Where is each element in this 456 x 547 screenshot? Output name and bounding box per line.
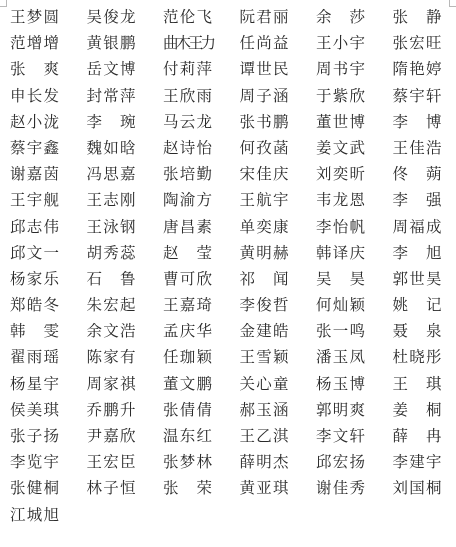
name-char: 哲 <box>273 292 289 318</box>
name-char: 余 <box>316 4 332 30</box>
name-entry: 周福成 <box>393 214 442 240</box>
name-char: 鹏 <box>196 371 212 397</box>
name-char: 伟 <box>43 214 59 240</box>
name-char: 珈 <box>180 344 196 370</box>
name-char: 鸣 <box>349 318 365 344</box>
name-char: 彤 <box>426 344 442 370</box>
name-char: 建 <box>256 318 272 344</box>
name-char: 宏 <box>103 449 119 475</box>
name-entry: 付莉萍 <box>163 56 212 82</box>
name-char: 博 <box>349 371 365 397</box>
name-char: 玉 <box>333 344 349 370</box>
name-entry: 吴俊龙 <box>87 4 136 30</box>
name-char: 周 <box>87 371 103 397</box>
name-char: 翟 <box>10 344 26 370</box>
name-char: 思 <box>103 161 119 187</box>
name-char: 冯 <box>87 161 103 187</box>
name-entry: 王泳钢 <box>87 214 136 240</box>
name-entry: 姚记 <box>393 292 442 318</box>
name-char: 薛 <box>240 449 256 475</box>
name-char: 周 <box>240 83 256 109</box>
name-char: 周 <box>316 56 332 82</box>
name-entry: 姜桐 <box>393 397 442 423</box>
name-char: 鲁 <box>120 266 136 292</box>
name-char: 李 <box>393 449 409 475</box>
name-char: 记 <box>426 292 442 318</box>
name-char: 黄 <box>87 30 103 56</box>
name-char: 文 <box>333 423 349 449</box>
name-entry: 温东红 <box>163 423 212 449</box>
name-entry: 冯思嘉 <box>87 161 136 187</box>
name-char: 小 <box>27 109 43 135</box>
name-char: 石 <box>87 266 103 292</box>
name-char: 王 <box>393 371 409 397</box>
name-char: 唐 <box>163 214 179 240</box>
name-char: 乙 <box>256 423 272 449</box>
name-char: 赵 <box>10 109 26 135</box>
name-char: 倩 <box>196 397 212 423</box>
name-char: 付 <box>163 56 179 82</box>
name-char: 长 <box>27 83 43 109</box>
name-char: 欣 <box>180 83 196 109</box>
name-char: 宇 <box>426 449 442 475</box>
name-entry: 范伦飞 <box>163 4 212 30</box>
name-entry: 周子涵 <box>240 83 289 109</box>
name-char: 张 <box>10 423 26 449</box>
name-char: 玉 <box>333 371 349 397</box>
name-entry: 李建宇 <box>393 449 442 475</box>
name-entry: 朱宏起 <box>87 292 136 318</box>
name-char: 薛 <box>393 423 409 449</box>
name-char: 子 <box>27 423 43 449</box>
name-entry: 杨玉博 <box>316 371 365 397</box>
name-entry: 李怡帆 <box>316 214 365 240</box>
name-char: 王 <box>240 423 256 449</box>
name-char: 世 <box>409 266 425 292</box>
name-char: 范 <box>163 4 179 30</box>
name-char: 琪 <box>426 371 442 397</box>
name-char: 涵 <box>273 83 289 109</box>
name-char: 张 <box>316 318 332 344</box>
name-entry: 周书宇 <box>316 56 365 82</box>
name-char: 鹏 <box>103 397 119 423</box>
name-char: 吴 <box>316 266 332 292</box>
name-entry: 隋艳婷 <box>393 56 442 82</box>
name-char: 婷 <box>426 56 442 82</box>
name-entry: 王志刚 <box>87 187 136 213</box>
name-char: 皓 <box>27 292 43 318</box>
name-char: 发 <box>43 83 59 109</box>
name-char: 桐 <box>426 397 442 423</box>
name-char: 君 <box>256 4 272 30</box>
name-char: 如 <box>103 135 119 161</box>
name-char: 秀 <box>103 240 119 266</box>
name-char: 茵 <box>43 161 59 187</box>
name-entry: 李文轩 <box>316 423 365 449</box>
name-char: 宇 <box>349 56 365 82</box>
name-entry: 侯美琪 <box>10 397 59 423</box>
name-char: 宇 <box>27 187 43 213</box>
name-entry: 宋佳庆 <box>240 161 289 187</box>
name-char: 益 <box>273 30 289 56</box>
name-char: 赵 <box>163 135 179 161</box>
name-entry: 蔡宇轩 <box>393 83 442 109</box>
name-char: 赫 <box>273 240 289 266</box>
name-char: 亚 <box>256 475 272 501</box>
name-entry: 申长发 <box>10 83 59 109</box>
name-entry: 林子恒 <box>87 475 136 501</box>
name-char: 杨 <box>10 371 26 397</box>
name-entry: 马云龙 <box>163 109 212 135</box>
name-char: 家 <box>103 344 119 370</box>
name-entry: 韩译庆 <box>316 240 365 266</box>
name-char: 温 <box>163 423 179 449</box>
name-char: 王 <box>163 83 179 109</box>
name-char: 龙 <box>333 187 349 213</box>
name-entry: 李俊哲 <box>240 292 289 318</box>
name-entry: 任珈颖 <box>163 344 212 370</box>
name-entry: 何孜菡 <box>240 135 289 161</box>
name-char: 成 <box>426 214 442 240</box>
name-char: 涵 <box>273 397 289 423</box>
name-char: 佳 <box>256 161 272 187</box>
name-char: 升 <box>120 397 136 423</box>
name-entry: 张宏旺 <box>393 30 442 56</box>
name-entry: 王航宇 <box>240 187 289 213</box>
name-char: 世 <box>333 109 349 135</box>
name-char: 菡 <box>273 135 289 161</box>
name-char: 祺 <box>120 371 136 397</box>
name-entry: 封常萍 <box>87 83 136 109</box>
name-entry: 李旭 <box>393 240 442 266</box>
name-entry: 郑皓冬 <box>10 292 59 318</box>
name-char: 昕 <box>349 161 365 187</box>
name-char: 家 <box>27 266 43 292</box>
name-entry: 聂泉 <box>393 318 442 344</box>
name-char: 谢 <box>10 161 26 187</box>
name-char: 宇 <box>43 449 59 475</box>
name-char: 银 <box>103 30 119 56</box>
name-entry: 韩雯 <box>10 318 59 344</box>
name-char: 谭 <box>240 56 256 82</box>
name-char: 旺 <box>426 30 442 56</box>
name-entry: 王乙淇 <box>240 423 289 449</box>
name-char: 扬 <box>349 449 365 475</box>
name-char: 龙 <box>196 109 212 135</box>
name-char: 李 <box>316 214 332 240</box>
name-char: 庆 <box>349 240 365 266</box>
name-char: 宇 <box>43 371 59 397</box>
name-char: 曹 <box>163 266 179 292</box>
name-entry: 刘国桐 <box>393 475 442 501</box>
name-char: 嘉 <box>120 161 136 187</box>
name-char: 浩 <box>120 318 136 344</box>
name-char: 鹏 <box>120 30 136 56</box>
name-char: 博 <box>120 56 136 82</box>
name-char: 雪 <box>256 344 272 370</box>
name-char: 余 <box>87 318 103 344</box>
name-char: 小 <box>333 30 349 56</box>
name-entry: 郝玉涵 <box>240 397 289 423</box>
name-char: 嘉 <box>180 292 196 318</box>
name-char: 文 <box>103 318 119 344</box>
name-entry: 张子扬 <box>10 423 59 449</box>
name-entry: 单奕康 <box>240 214 289 240</box>
name-entry: 薛明杰 <box>240 449 289 475</box>
name-entry: 金建皓 <box>240 318 289 344</box>
name-char: 宏 <box>103 292 119 318</box>
name-char: 韦 <box>316 187 332 213</box>
name-char: 张 <box>163 397 179 423</box>
name-char: 宋 <box>240 161 256 187</box>
name-char: 杜 <box>393 344 409 370</box>
name-char: 玉 <box>256 397 272 423</box>
name-char: 杰 <box>273 449 289 475</box>
name-entry: 谭世民 <box>240 56 289 82</box>
name-char: 渝 <box>180 187 196 213</box>
name-char: 明 <box>256 449 272 475</box>
name-char: 欣 <box>196 266 212 292</box>
name-char: 子 <box>103 475 119 501</box>
name-char: 雨 <box>196 83 212 109</box>
name-char: 王 <box>87 449 103 475</box>
name-char: 志 <box>103 187 119 213</box>
name-entry: 王小宇 <box>316 30 365 56</box>
name-char: 隋 <box>393 56 409 82</box>
name-entry: 李览宇 <box>10 449 59 475</box>
name-char: 泷 <box>43 109 59 135</box>
name-char: 黄 <box>240 475 256 501</box>
name-entry: 王宏臣 <box>87 449 136 475</box>
name-char: 鹏 <box>273 109 289 135</box>
name-entry: 黄明赫 <box>240 240 289 266</box>
name-char: 一 <box>333 318 349 344</box>
name-list-grid: 王梦圆吴俊龙范伦飞阮君丽余莎张静范增增黄银鹏曲木王力任尚益王小宇张宏旺张爽岳文博… <box>10 4 456 528</box>
name-char: 王 <box>10 187 26 213</box>
name-char: 舰 <box>43 187 59 213</box>
name-char: 丽 <box>273 4 289 30</box>
name-char: 有 <box>120 344 136 370</box>
name-entry: 余文浩 <box>87 318 136 344</box>
name-char: 圆 <box>43 4 59 30</box>
name-char: 萍 <box>196 56 212 82</box>
name-entry: 杨家乐 <box>10 266 59 292</box>
name-entry: 王佳浩 <box>393 135 442 161</box>
name-entry: 郭明爽 <box>316 397 365 423</box>
name-entry: 黄亚琪 <box>240 475 289 501</box>
name-char: 瑶 <box>43 344 59 370</box>
name-entry: 魏如晗 <box>87 135 136 161</box>
name-char: 冉 <box>426 423 442 449</box>
name-char: 嘉 <box>27 161 43 187</box>
name-char: 冬 <box>43 292 59 318</box>
name-char: 谢 <box>316 475 332 501</box>
name-entry: 石鲁 <box>87 266 136 292</box>
name-char: 姚 <box>393 292 409 318</box>
name-entry: 阮君丽 <box>240 4 289 30</box>
name-char: 王 <box>87 187 103 213</box>
name-char: 郑 <box>10 292 26 318</box>
name-char: 李 <box>10 449 26 475</box>
name-entry: 杨星宇 <box>10 371 59 397</box>
name-entry: 张健桐 <box>10 475 59 501</box>
name-char: 李 <box>87 109 103 135</box>
name-entry: 薛冉 <box>393 423 442 449</box>
name-char: 闻 <box>273 266 289 292</box>
name-char: 金 <box>240 318 256 344</box>
name-char: 晗 <box>120 135 136 161</box>
name-char: 董 <box>316 109 332 135</box>
name-entry: 陈家有 <box>87 344 136 370</box>
name-entry: 张培勤 <box>163 161 212 187</box>
name-char: 姜 <box>316 135 332 161</box>
name-entry: 蔡宇鑫 <box>10 135 59 161</box>
name-char: 王 <box>316 30 332 56</box>
name-entry: 张爽 <box>10 56 59 82</box>
name-char: 欣 <box>349 83 365 109</box>
name-entry: 岳文博 <box>87 56 136 82</box>
name-char: 红 <box>196 423 212 449</box>
name-entry: 邱宏扬 <box>316 449 365 475</box>
name-char: 增 <box>43 30 59 56</box>
name-char: 健 <box>27 475 43 501</box>
name-entry: 王欣雨 <box>163 83 212 109</box>
name-entry: 王梦圆 <box>10 4 59 30</box>
name-entry: 赵诗怡 <box>163 135 212 161</box>
name-entry: 祁闻 <box>240 266 289 292</box>
name-text: 曲木王力 <box>163 30 213 56</box>
name-entry: 谢佳秀 <box>316 475 365 501</box>
name-entry: 乔鹏升 <box>87 397 136 423</box>
name-char: 宏 <box>333 449 349 475</box>
name-char: 博 <box>426 109 442 135</box>
name-char: 航 <box>256 187 272 213</box>
name-char: 钢 <box>120 214 136 240</box>
name-char: 蕊 <box>120 240 136 266</box>
name-char: 琬 <box>120 109 136 135</box>
name-char: 童 <box>273 371 289 397</box>
name-char: 昌 <box>180 214 196 240</box>
name-char: 王 <box>240 344 256 370</box>
name-char: 泉 <box>426 318 442 344</box>
name-char: 轩 <box>426 83 442 109</box>
name-char: 庆 <box>273 161 289 187</box>
name-entry: 刘奕昕 <box>316 161 365 187</box>
name-entry: 董世博 <box>316 109 365 135</box>
name-char: 林 <box>196 449 212 475</box>
name-char: 张 <box>240 109 256 135</box>
name-char: 建 <box>409 449 425 475</box>
name-entry: 董文鹏 <box>163 371 212 397</box>
name-char: 韩 <box>10 318 26 344</box>
name-char: 书 <box>256 109 272 135</box>
name-char: 张 <box>10 475 26 501</box>
name-char: 恒 <box>120 475 136 501</box>
name-char: 江 <box>10 502 26 528</box>
name-char: 王 <box>87 214 103 240</box>
name-char: 萍 <box>120 83 136 109</box>
name-entry: 邱文一 <box>10 240 59 266</box>
name-char: 鑫 <box>43 135 59 161</box>
name-char: 臣 <box>120 449 136 475</box>
name-char: 方 <box>196 187 212 213</box>
name-char: 琪 <box>43 397 59 423</box>
name-char: 城 <box>27 502 43 528</box>
name-entry: 江城旭 <box>10 502 59 528</box>
name-char: 董 <box>163 371 179 397</box>
name-entry: 任尚益 <box>240 30 289 56</box>
name-char: 姜 <box>393 397 409 423</box>
name-char: 恩 <box>349 187 365 213</box>
name-entry: 曹可欣 <box>163 266 212 292</box>
name-char: 何 <box>316 292 332 318</box>
name-char: 杨 <box>10 266 26 292</box>
name-entry: 关心童 <box>240 371 289 397</box>
name-char: 旭 <box>426 240 442 266</box>
name-char: 民 <box>273 56 289 82</box>
name-char: 李 <box>393 240 409 266</box>
name-char: 桐 <box>43 475 59 501</box>
name-char: 家 <box>103 371 119 397</box>
name-char: 梦 <box>27 4 43 30</box>
name-char: 明 <box>256 240 272 266</box>
name-char: 览 <box>27 449 43 475</box>
name-char: 刘 <box>393 475 409 501</box>
name-char: 黄 <box>240 240 256 266</box>
name-char: 聂 <box>393 318 409 344</box>
name-entry: 赵莹 <box>163 240 212 266</box>
name-char: 周 <box>393 214 409 240</box>
name-char: 秀 <box>349 475 365 501</box>
name-entry: 翟雨瑶 <box>10 344 59 370</box>
name-entry: 韦龙恩 <box>316 187 365 213</box>
name-char: 旭 <box>43 502 59 528</box>
name-char: 邱 <box>10 214 26 240</box>
name-char: 华 <box>196 318 212 344</box>
name-char: 莉 <box>180 56 196 82</box>
name-char: 文 <box>180 371 196 397</box>
name-char: 宇 <box>409 83 425 109</box>
name-char: 任 <box>163 344 179 370</box>
name-char: 东 <box>180 423 196 449</box>
name-char: 俊 <box>103 4 119 30</box>
name-char: 李 <box>316 423 332 449</box>
name-char: 紫 <box>333 83 349 109</box>
name-char: 爽 <box>349 397 365 423</box>
name-char: 陈 <box>87 344 103 370</box>
name-char: 王 <box>240 187 256 213</box>
name-char: 宏 <box>409 30 425 56</box>
name-char: 博 <box>349 109 365 135</box>
name-entry: 陶渝方 <box>163 187 212 213</box>
name-char: 怡 <box>196 135 212 161</box>
name-char: 勤 <box>196 161 212 187</box>
name-char: 扬 <box>43 423 59 449</box>
name-entry: 黄银鹏 <box>87 30 136 56</box>
name-entry: 孟庆华 <box>163 318 212 344</box>
name-char: 蔡 <box>10 135 26 161</box>
name-char: 译 <box>333 240 349 266</box>
name-char: 诗 <box>180 135 196 161</box>
name-char: 蔡 <box>393 83 409 109</box>
name-char: 起 <box>120 292 136 318</box>
name-char: 郭 <box>316 397 332 423</box>
name-char: 志 <box>27 214 43 240</box>
name-char: 朱 <box>87 292 103 318</box>
name-char: 李 <box>240 292 256 318</box>
name-char: 刘 <box>316 161 332 187</box>
name-char: 星 <box>27 371 43 397</box>
